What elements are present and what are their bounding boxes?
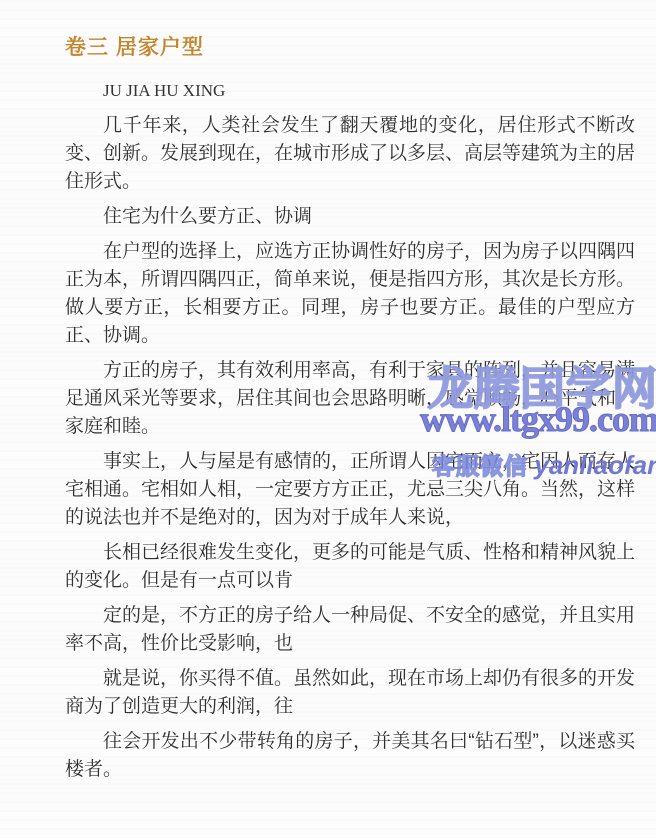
section-heading: 住宅为什么要方正、协调 xyxy=(65,203,635,231)
paragraph: 长相已经很难发生变化，更多的可能是气质、性格和精神风貌上的变化。但是有一点可以肯 xyxy=(65,539,635,595)
paragraph: 就是说，你买得不值。虽然如此，现在市场上却仍有很多的开发商为了创造更大的利润，往 xyxy=(65,665,635,721)
paragraph: 几千年来，人类社会发生了翻天覆地的变化，居住形式不断改变、创新。发展到现在，在城… xyxy=(65,112,635,196)
page-content: 卷三 居家户型 JU JIA HU XING 几千年来，人类社会发生了翻天覆地的… xyxy=(65,36,635,791)
paragraph: 方正的房子，其有效利用率高，有利于家具的阵列，并且容易满足通风采光等要求，居住其… xyxy=(65,357,635,441)
paragraph: 往会开发出不少带转角的房子，并美其名曰“钻石型”，以迷惑买楼者。 xyxy=(65,728,635,784)
paragraph: 事实上，人与屋是有感情的，正所谓人因宅而立，宅因人而存人宅相通。宅相如人相，一定… xyxy=(65,448,635,532)
paragraph: 定的是，不方正的房子给人一种局促、不安全的感觉，并且实用率不高，性价比受影响，也 xyxy=(65,602,635,658)
ebook-page: 卷三 居家户型 JU JIA HU XING 几千年来，人类社会发生了翻天覆地的… xyxy=(0,0,656,838)
chapter-pinyin: JU JIA HU XING xyxy=(65,82,635,100)
paragraph: 在户型的选择上，应选方正协调性好的房子，因为房子以四隅四正为本，所谓四隅四正，简… xyxy=(65,238,635,350)
chapter-title: 卷三 居家户型 xyxy=(65,36,635,60)
